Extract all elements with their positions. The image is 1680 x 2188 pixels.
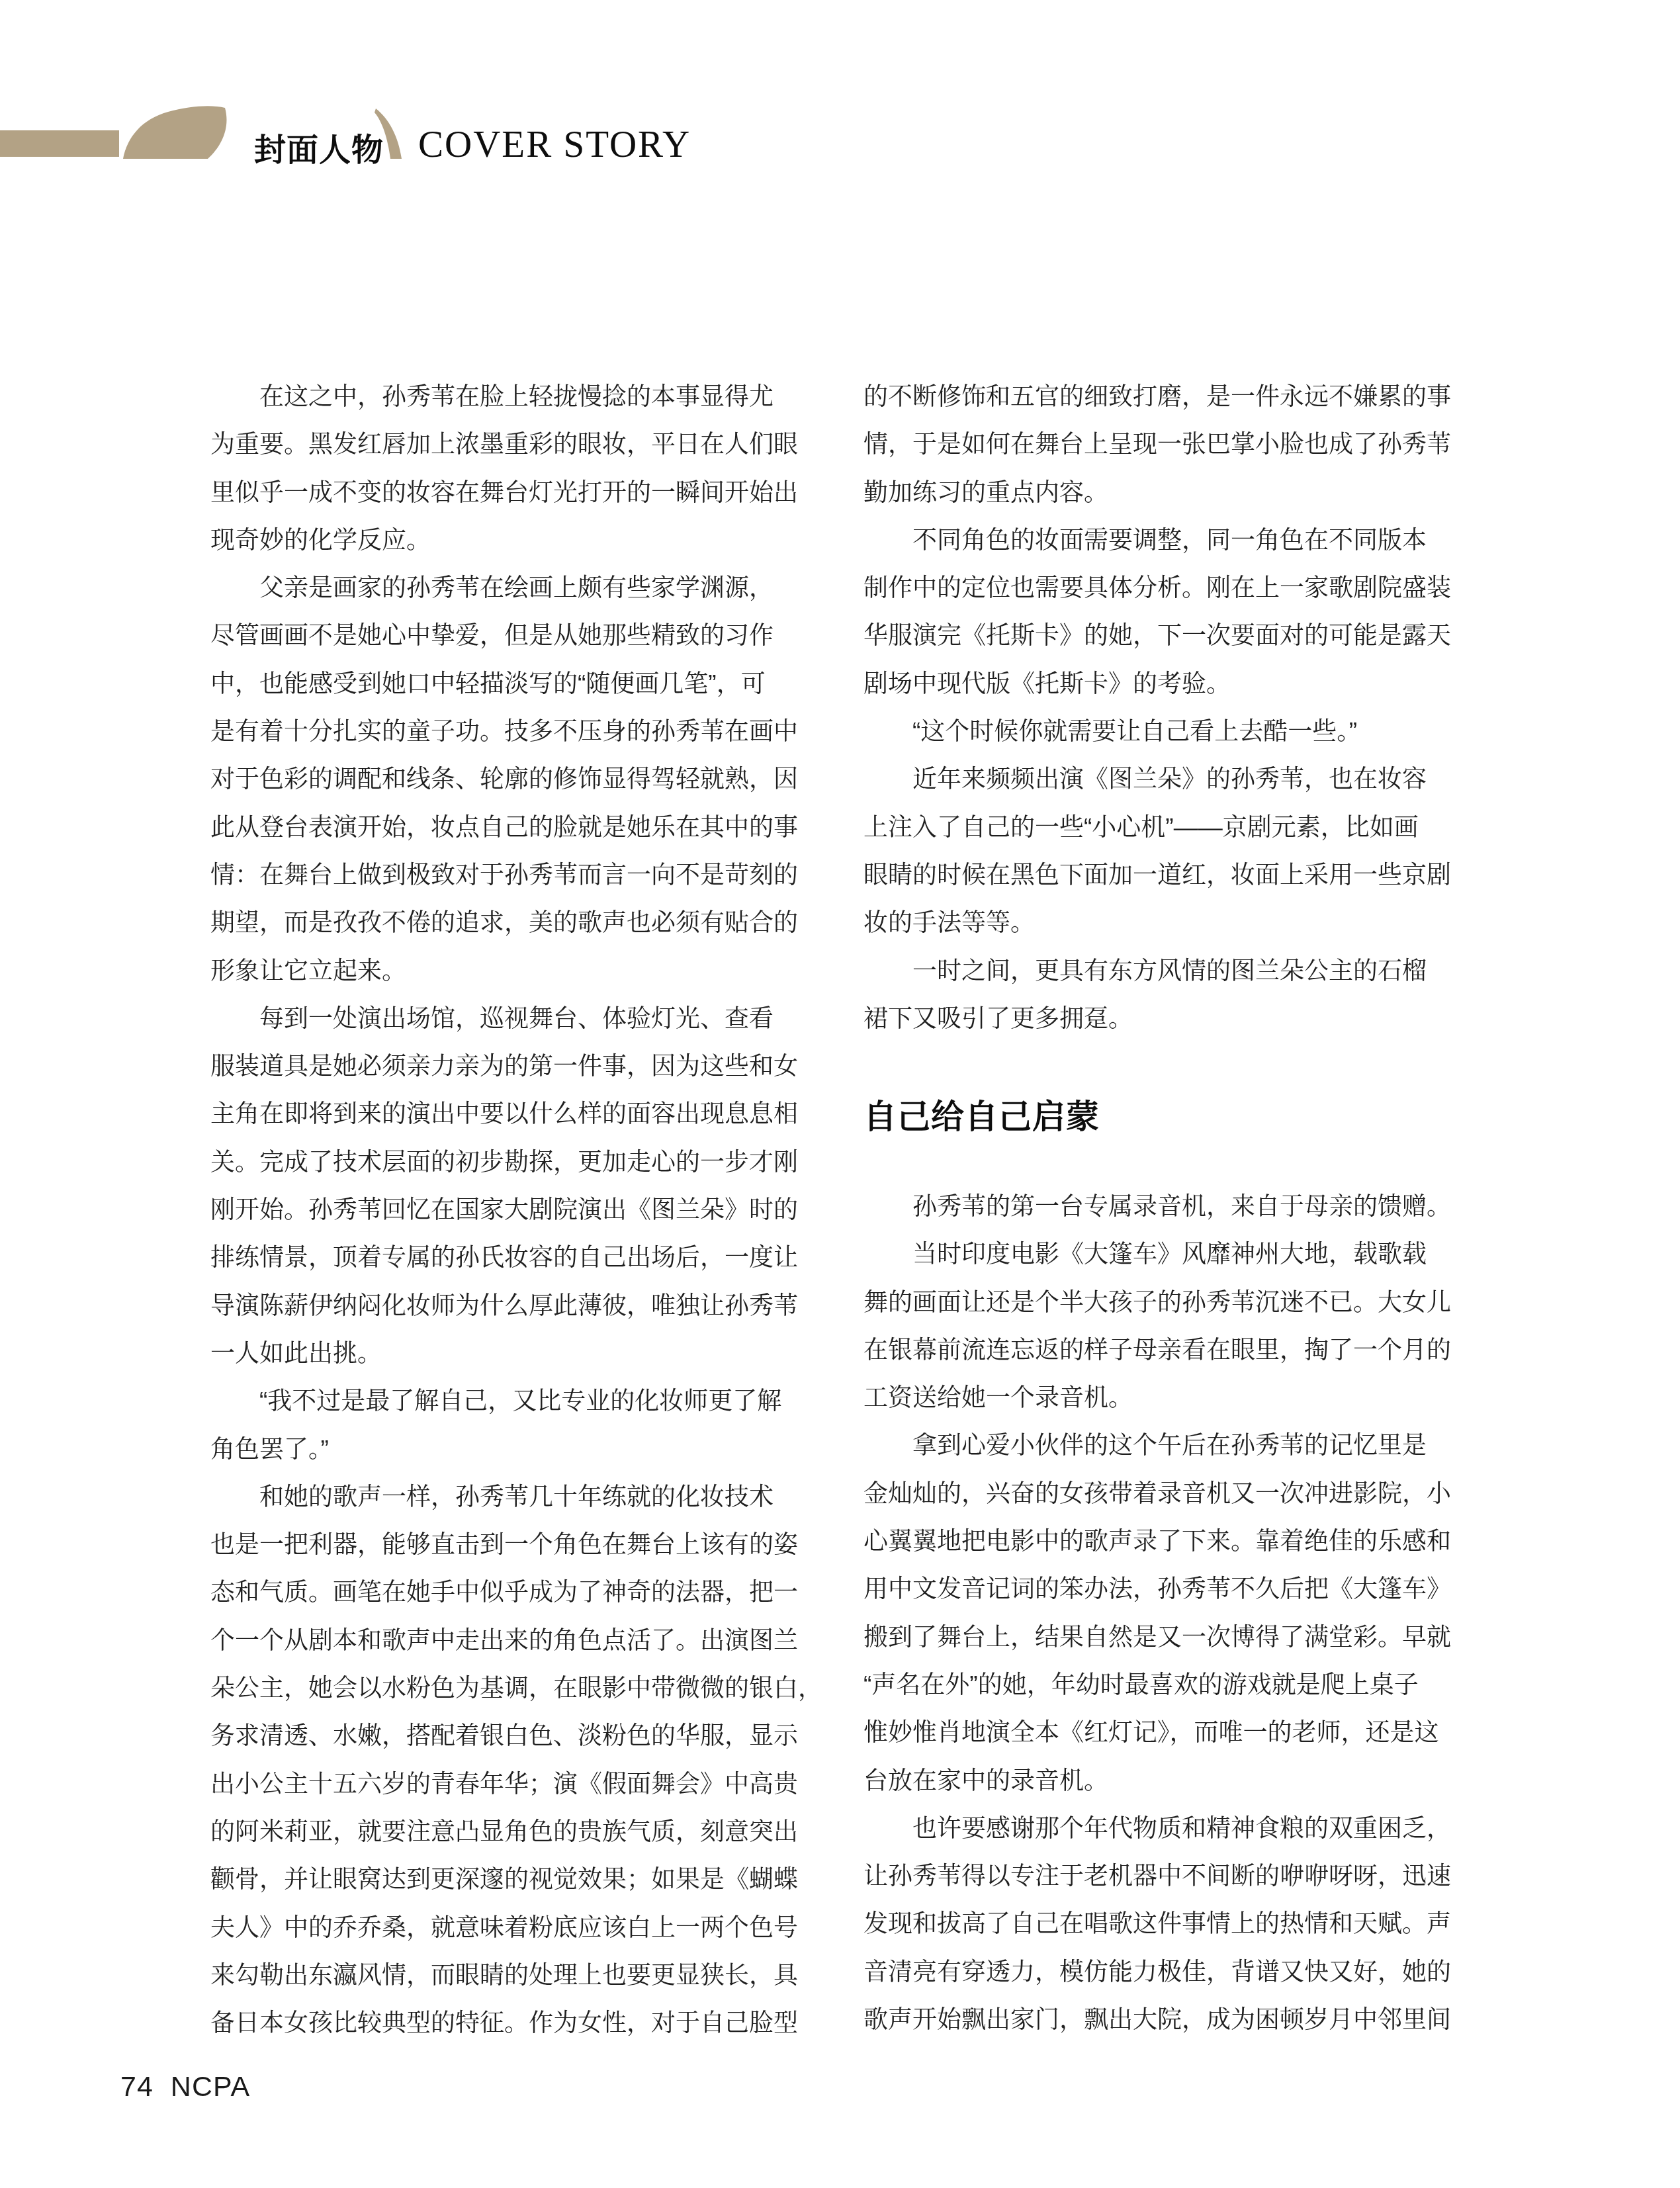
- text-line: 也许要感谢那个年代物质和精神食粮的双重困乏，: [863, 1805, 1469, 1853]
- text-line: 朵公主，她会以水粉色为基调，在眼影中带微微的银白，: [210, 1665, 816, 1712]
- text-line: 不同角色的妆面需要调整，同一角色在不同版本: [863, 517, 1469, 564]
- text-line: 角色罢了。”: [210, 1426, 816, 1473]
- section-heading: 自己给自己启蒙: [863, 1090, 1100, 1138]
- text-line: 服装道具是她必须亲力亲为的第一件事，因为这些和女: [210, 1043, 816, 1090]
- text-line: 近年来频频出演《图兰朵》的孙秀苇，也在妆容: [863, 756, 1469, 803]
- text-line: 当时印度电影《大篷车》风靡神州大地，载歌载: [863, 1231, 1469, 1278]
- text-line: 个一个从剧本和歌声中走出来的角色点活了。出演图兰: [210, 1617, 816, 1665]
- text-line: 出小公主十五六岁的青春年华；演《假面舞会》中高贵: [210, 1761, 816, 1808]
- text-line: 金灿灿的，兴奋的女孩带着录音机又一次冲进影院，小: [863, 1470, 1469, 1518]
- text-line: 心翼翼地把电影中的歌声录了下来。靠着绝佳的乐感和: [863, 1518, 1469, 1565]
- header-crescent-icon: [375, 109, 405, 159]
- text-line: 为重要。黑发红唇加上浓墨重彩的眼妆，平日在人们眼: [210, 421, 816, 468]
- text-line: 每到一处演出场馆，巡视舞台、体验灯光、查看: [210, 995, 816, 1043]
- text-line: 勤加练习的重点内容。: [863, 469, 1469, 517]
- text-line: “我不过是最了解自己，又比专业的化妆师更了解: [210, 1378, 816, 1425]
- text-line: 尽管画画不是她心中挚爱，但是从她那些精致的习作: [210, 612, 816, 660]
- text-line: 制作中的定位也需要具体分析。刚在上一家歌剧院盛装: [863, 564, 1469, 612]
- text-line: 孙秀苇的第一台专属录音机，来自于母亲的馈赠。: [863, 1183, 1469, 1231]
- text-line: 的不断修饰和五官的细致打磨，是一件永远不嫌累的事: [863, 373, 1469, 421]
- text-line: 舞的画面让还是个半大孩子的孙秀苇沉迷不已。大女儿: [863, 1279, 1469, 1327]
- text-line: 歌声开始飘出家门，飘出大院，成为困顿岁月中邻里间: [863, 1996, 1469, 2044]
- text-line: 对于色彩的调配和线条、轮廓的修饰显得驾轻就熟，因: [210, 756, 816, 803]
- text-line: 形象让它立起来。: [210, 947, 816, 995]
- header-swoosh-icon: [118, 105, 245, 159]
- text-line: 排练情景，顶着专属的孙氏妆容的自己出场后，一度让: [210, 1234, 816, 1282]
- text-line: 让孙秀苇得以专注于老机器中不间断的咿咿呀呀，迅速: [863, 1853, 1469, 1900]
- text-line: 务求清透、水嫩，搭配着银白色、淡粉色的华服，显示: [210, 1712, 816, 1760]
- text-line: 中，也能感受到她口中轻描淡写的“随便画几笔”，可: [210, 660, 816, 708]
- text-line: 此从登台表演开始，妆点自己的脸就是她乐在其中的事: [210, 804, 816, 852]
- text-line: 上注入了自己的一些“小心机”——京剧元素，比如画: [863, 804, 1469, 852]
- text-line: 期望，而是孜孜不倦的追求，美的歌声也必须有贴合的: [210, 899, 816, 947]
- text-line: 和她的歌声一样，孙秀苇几十年练就的化妆技术: [210, 1473, 816, 1521]
- text-line: 惟妙惟肖地演全本《红灯记》，而唯一的老师，还是这: [863, 1709, 1469, 1757]
- text-line: 眼睛的时候在黑色下面加一道红，妆面上采用一些京剧: [863, 852, 1469, 899]
- left-text-column: 在这之中，孙秀苇在脸上轻拢慢捻的本事显得尤为重要。黑发红唇加上浓墨重彩的眼妆，平…: [210, 373, 816, 2047]
- text-line: 是有着十分扎实的童子功。技多不压身的孙秀苇在画中: [210, 708, 816, 756]
- text-line: 发现和拔高了自己在唱歌这件事情上的热情和天赋。声: [863, 1900, 1469, 1948]
- text-line: 音清亮有穿透力，模仿能力极佳，背谱又快又好，她的: [863, 1948, 1469, 1996]
- right-text-column-top: 的不断修饰和五官的细致打磨，是一件永远不嫌累的事情，于是如何在舞台上呈现一张巴掌…: [863, 373, 1469, 1043]
- text-line: 主角在即将到来的演出中要以什么样的面容出现息息相: [210, 1090, 816, 1138]
- text-line: 颧骨，并让眼窝达到更深邃的视觉效果；如果是《蝴蝶: [210, 1856, 816, 1904]
- text-line: 的阿米莉亚，就要注意凸显角色的贵族气质，刻意突出: [210, 1808, 816, 1856]
- text-line: 情：在舞台上做到极致对于孙秀苇而言一向不是苛刻的: [210, 852, 816, 899]
- section-title-english: COVER STORY: [418, 123, 691, 166]
- text-line: 关。完成了技术层面的初步勘探，更加走心的一步才刚: [210, 1139, 816, 1186]
- section-title-chinese: 封面人物: [254, 124, 386, 170]
- text-line: 拿到心爱小伙伴的这个午后在孙秀苇的记忆里是: [863, 1422, 1469, 1469]
- text-line: “声名在外”的她，年幼时最喜欢的游戏就是爬上桌子: [863, 1661, 1469, 1709]
- text-line: 在银幕前流连忘返的样子母亲看在眼里，掏了一个月的: [863, 1327, 1469, 1374]
- text-line: 夫人》中的乔乔桑，就意味着粉底应该白上一两个色号: [210, 1904, 816, 1952]
- text-line: 在这之中，孙秀苇在脸上轻拢慢捻的本事显得尤: [210, 373, 816, 421]
- text-line: 华服演完《托斯卡》的她，下一次要面对的可能是露天: [863, 612, 1469, 660]
- text-line: 导演陈薪伊纳闷化妆师为什么厚此薄彼，唯独让孙秀苇: [210, 1282, 816, 1330]
- text-line: 刚开始。孙秀苇回忆在国家大剧院演出《图兰朵》时的: [210, 1186, 816, 1234]
- text-line: 情，于是如何在舞台上呈现一张巴掌小脸也成了孙秀苇: [863, 421, 1469, 468]
- page-number: 74: [120, 2071, 154, 2103]
- journal-name: NCPA: [171, 2071, 250, 2103]
- text-line: 一人如此出挑。: [210, 1330, 816, 1378]
- text-line: 台放在家中的录音机。: [863, 1757, 1469, 1805]
- text-line: 备日本女孩比较典型的特征。作为女性，对于自己脸型: [210, 1999, 816, 2047]
- text-line: 也是一把利器，能够直击到一个角色在舞台上该有的姿: [210, 1521, 816, 1569]
- text-line: 裙下又吸引了更多拥趸。: [863, 995, 1469, 1043]
- text-line: 妆的手法等等。: [863, 899, 1469, 947]
- text-line: 里似乎一成不变的妆容在舞台灯光打开的一瞬间开始出: [210, 469, 816, 517]
- text-line: 搬到了舞台上，结果自然是又一次博得了满堂彩。早就: [863, 1614, 1469, 1661]
- text-line: 态和气质。画笔在她手中似乎成为了神奇的法器，把一: [210, 1569, 816, 1616]
- text-line: 现奇妙的化学反应。: [210, 517, 816, 564]
- text-line: 父亲是画家的孙秀苇在绘画上颇有些家学渊源，: [210, 564, 816, 612]
- text-line: “这个时候你就需要让自己看上去酷一些。”: [863, 708, 1469, 756]
- page-footer: 74NCPA: [120, 2071, 250, 2103]
- text-line: 工资送给她一个录音机。: [863, 1374, 1469, 1422]
- text-line: 一时之间，更具有东方风情的图兰朵公主的石榴: [863, 947, 1469, 995]
- magazine-page: 封面人物 COVER STORY 在这之中，孙秀苇在脸上轻拢慢捻的本事显得尤为重…: [0, 0, 1680, 2188]
- text-line: 剧场中现代版《托斯卡》的考验。: [863, 660, 1469, 708]
- text-line: 来勾勒出东瀛风情，而眼睛的处理上也要更显狭长，具: [210, 1952, 816, 1999]
- header-bar-graphic: [0, 130, 119, 157]
- text-line: 用中文发音记词的笨办法，孙秀苇不久后把《大篷车》: [863, 1565, 1469, 1613]
- right-text-column-bottom: 孙秀苇的第一台专属录音机，来自于母亲的馈赠。 当时印度电影《大篷车》风靡神州大地…: [863, 1183, 1469, 2044]
